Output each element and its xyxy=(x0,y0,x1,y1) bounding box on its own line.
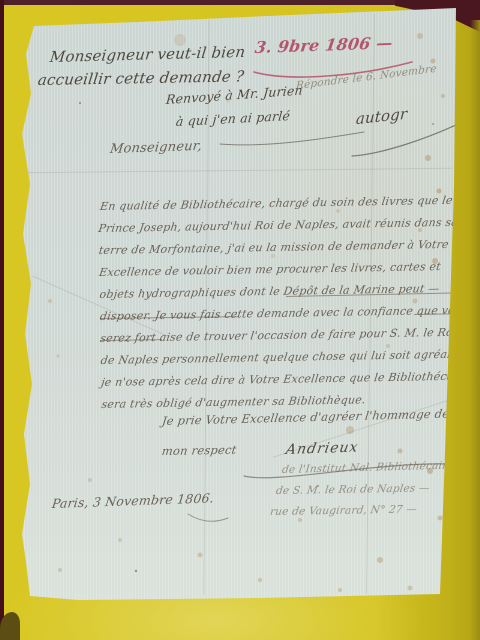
date-tail-flourish xyxy=(186,510,230,526)
photo-border-bottom-left xyxy=(0,612,20,640)
body-line: Prince Joseph, aujourd'hui Roi de Naples… xyxy=(98,215,472,235)
photo-shadow-right xyxy=(470,20,480,640)
annotation-question-line2: accueillir cette demande ? xyxy=(37,67,245,89)
letter-body: En qualité de Bibliothécaire, chargé du … xyxy=(98,194,472,330)
closing-line2: mon respect xyxy=(161,443,237,458)
photo-border-left xyxy=(0,0,4,640)
body-line: terre de Morfontaine, j'ai eu la mission… xyxy=(98,237,472,257)
forward-note-flourish xyxy=(218,128,368,148)
photograph-of-letter: Monseigneur veut-il bien accueillir cett… xyxy=(0,0,480,640)
body-line: objets hydrographiques dont le Dépôt de … xyxy=(99,281,473,301)
letter-paper: Monseigneur veut-il bien accueillir cett… xyxy=(18,6,458,604)
body-line: Excellence de vouloir bien me procurer l… xyxy=(98,259,472,279)
